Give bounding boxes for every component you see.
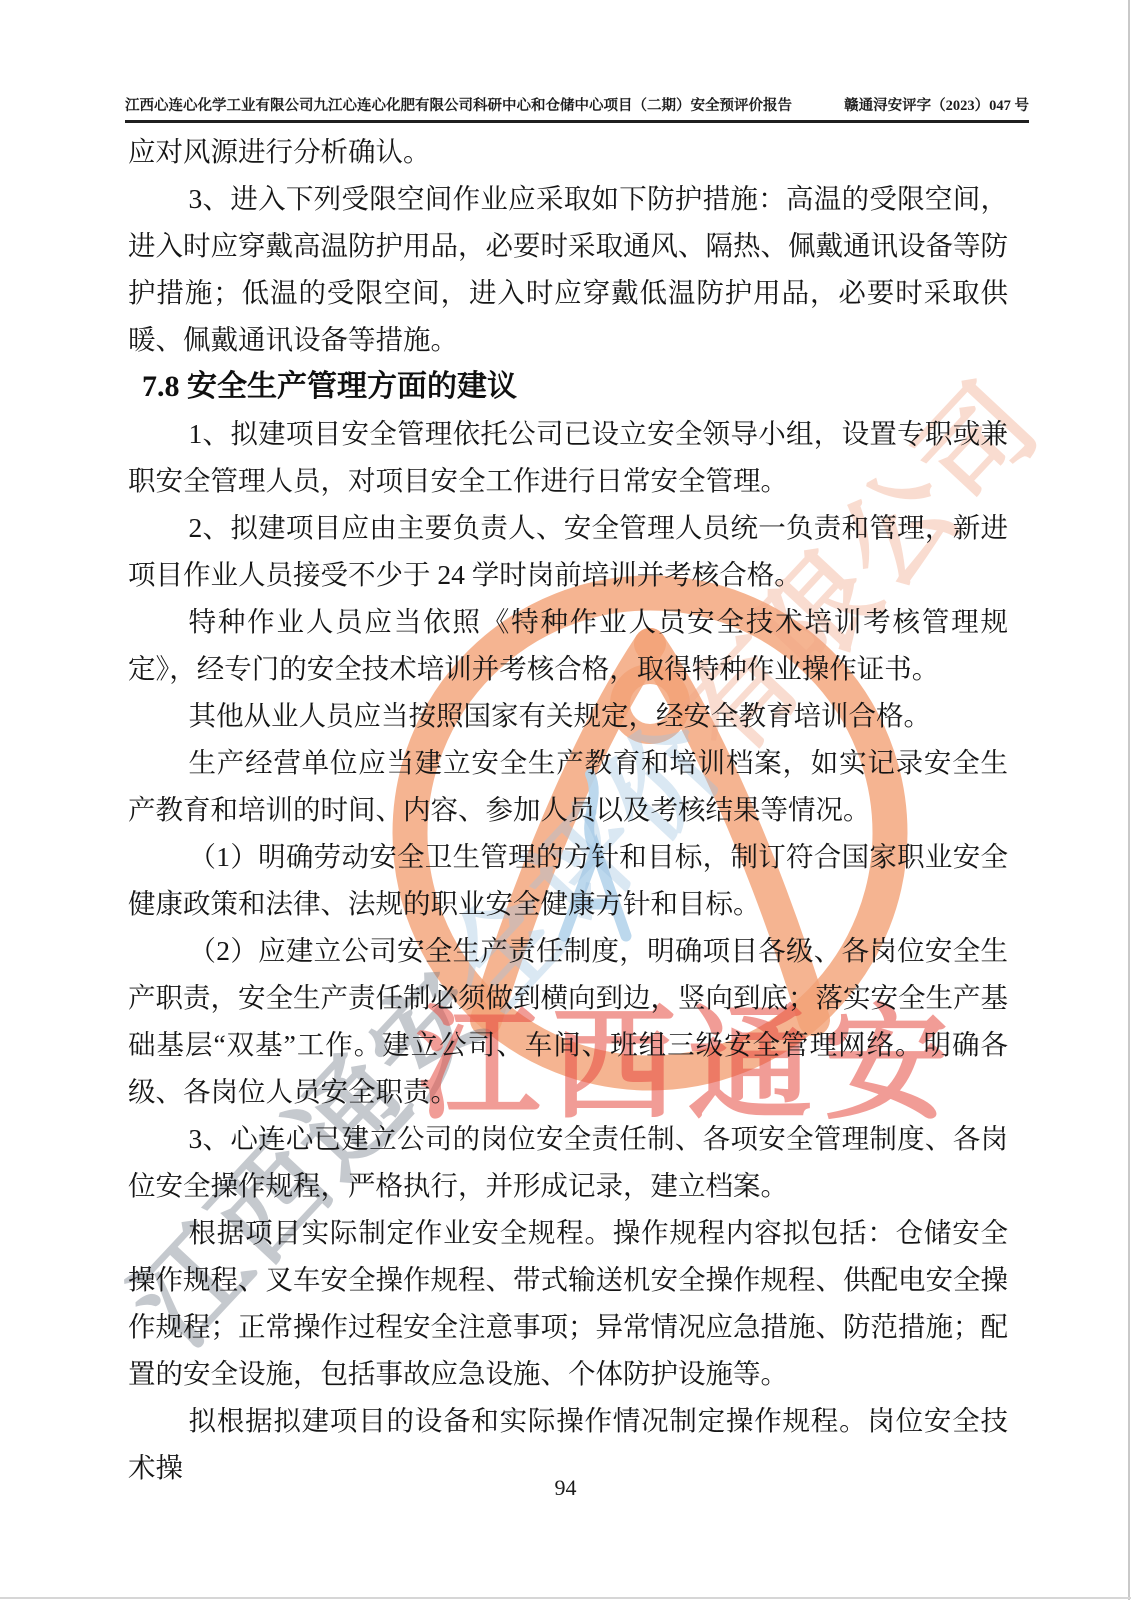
page-number: 94 [0,1475,1131,1501]
header-report-title: 江西心连心化学工业有限公司九江心连心化肥有限公司科研中心和仓储中心项目（二期）安… [125,94,792,115]
scan-edge-bottom [0,1597,1131,1599]
body-paragraph: 1、拟建项目安全管理依托公司已设立安全领导小组，设置专职或兼职安全管理人员，对项… [128,410,1008,504]
body-paragraph: 根据项目实际制定作业安全规程。操作规程内容拟包括：仓储安全操作规程、叉车安全操作… [128,1209,1008,1397]
body-paragraph: 生产经营单位应当建立安全生产教育和培训档案，如实记录安全生产教育和培训的时间、内… [128,739,1008,833]
body-paragraph: 应对风源进行分析确认。 [128,128,1008,175]
body-paragraph: （1）明确劳动安全卫生管理的方针和目标，制订符合国家职业安全健康政策和法律、法规… [128,833,1008,927]
body-paragraph: 2、拟建项目应由主要负责人、安全管理人员统一负责和管理，新进项目作业人员接受不少… [128,504,1008,598]
body-text: 应对风源进行分析确认。3、进入下列受限空间作业应采取如下防护措施：高温的受限空间… [128,128,1008,1491]
header-doc-number: 赣通浔安评字（2023）047 号 [844,94,1029,115]
body-paragraph: 3、心连心已建立公司的岗位安全责任制、各项安全管理制度、各岗位安全操作规程，严格… [128,1115,1008,1209]
section-heading: 7.8 安全生产管理方面的建议 [128,363,1008,410]
document-page: 江西通安全评价有限公司 江西通安 江西心连心化学工业有限公司九江心连心化肥有限公… [0,0,1131,1600]
scan-edge-right [1128,0,1130,1600]
body-paragraph: 3、进入下列受限空间作业应采取如下防护措施：高温的受限空间，进入时应穿戴高温防护… [128,175,1008,363]
body-paragraph: 其他从业人员应当按照国家有关规定，经安全教育培训合格。 [128,692,1008,739]
body-paragraph: （2）应建立公司安全生产责任制度，明确项目各级、各岗位安全生产职责，安全生产责任… [128,927,1008,1115]
page-header: 江西心连心化学工业有限公司九江心连心化肥有限公司科研中心和仓储中心项目（二期）安… [125,94,1029,123]
body-paragraph: 特种作业人员应当依照《特种作业人员安全技术培训考核管理规定》，经专门的安全技术培… [128,598,1008,692]
